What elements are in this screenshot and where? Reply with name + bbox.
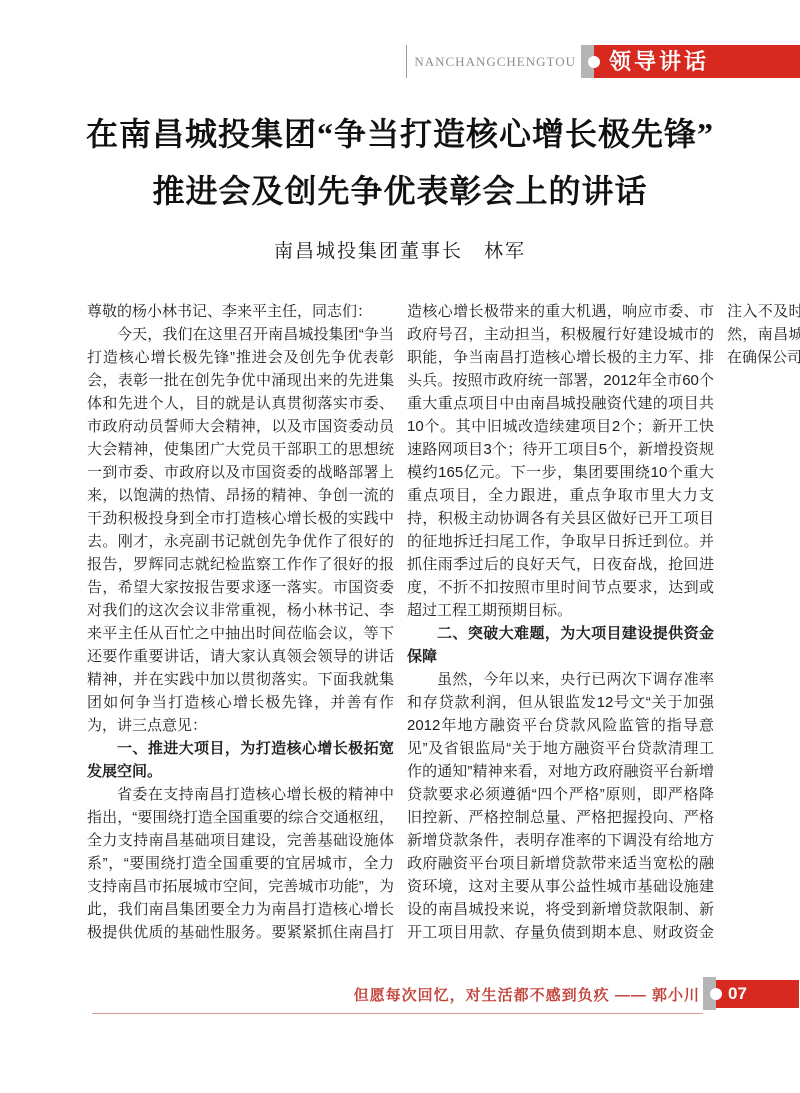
brand-text: NANCHANGCHENGTOU: [414, 45, 576, 78]
page-header: NANCHANGCHENGTOU 领导讲话: [0, 45, 800, 78]
article-title-line1: 在南昌城投集团“争当打造核心增长极先锋”: [0, 106, 800, 163]
header-connector-bar: [581, 45, 594, 78]
paragraph-intro: 今天，我们在这里召开南昌城投集团“争当打造核心增长极先锋”推进会及创先争优表彰会…: [87, 323, 394, 737]
section-heading-1: 一、推进大项目，为打造核心增长极拓宽发展空间。: [87, 737, 394, 783]
section-banner: 领导讲话: [594, 45, 800, 78]
article-byline: 南昌城投集团董事长 林军: [0, 236, 800, 263]
footer-rule: [92, 1013, 703, 1014]
section-heading-2: 二、突破大难题，为大项目建设提供资金保障: [407, 622, 714, 668]
article-body: 尊敬的杨小林书记、李来平主任，同志们： 今天，我们在这里召开南昌城投集团“争当打…: [87, 300, 714, 944]
header-dot-icon: [588, 56, 600, 68]
page-number-badge: 07: [716, 980, 799, 1008]
salutation: 尊敬的杨小林书记、李来平主任，同志们：: [87, 300, 394, 323]
header-divider-rule: [406, 45, 407, 78]
title-block: 在南昌城投集团“争当打造核心增长极先锋” 推进会及创先争优表彰会上的讲话 南昌城…: [0, 0, 800, 263]
magazine-page: NANCHANGCHENGTOU 领导讲话 在南昌城投集团“争当打造核心增长极先…: [0, 0, 800, 1093]
footer-connector-bar: [703, 977, 716, 1010]
article-title-line2: 推进会及创先争优表彰会上的讲话: [0, 163, 800, 220]
footer-dot-icon: [710, 988, 722, 1000]
footer-quote: 但愿每次回忆，对生活都不感到负疚 —— 郭小川: [354, 984, 700, 1005]
